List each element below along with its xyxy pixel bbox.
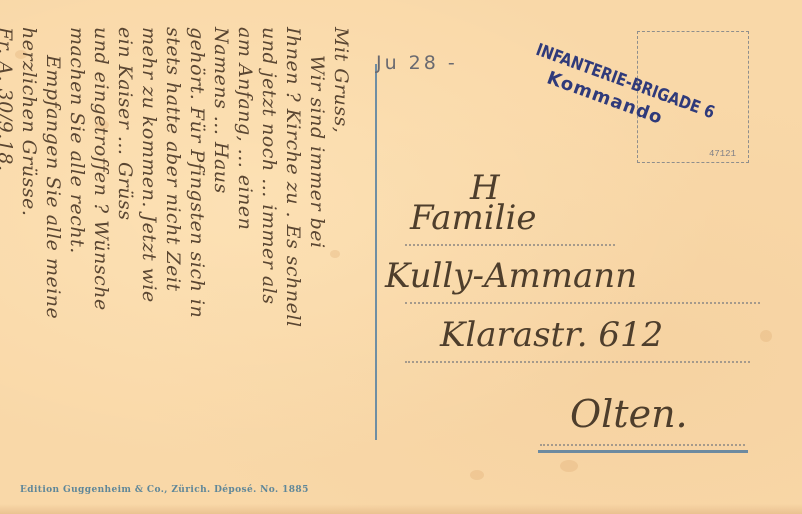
message-line: Wir sind immer bei: [305, 27, 329, 467]
address-dotted-line: [405, 361, 750, 363]
message-line: Empfangen Sie alle meine: [41, 27, 65, 467]
message-body: Mit Gruss, Wir sind immer bei Ihnen ? Ki…: [23, 27, 353, 467]
address-line1: Familie: [410, 198, 537, 238]
message-line: mehr zu kommen. Jetzt wie: [137, 27, 161, 467]
message-line: und jetzt noch ... immer als: [257, 27, 281, 467]
address-underline: [538, 450, 748, 453]
message-line: ein Kaiser ... Grüss: [113, 27, 137, 467]
postcard: Mit Gruss, Wir sind immer bei Ihnen ? Ki…: [0, 0, 802, 514]
address-line2: Kully-Ammann: [385, 256, 637, 296]
publisher-imprint: Edition Guggenheim & Co., Zürich. Déposé…: [20, 485, 309, 495]
address-dotted-line: [405, 244, 615, 246]
paper-stain: [470, 470, 484, 480]
paper-stain: [760, 330, 772, 342]
message-line: Mit Gruss,: [329, 27, 353, 467]
message-line: herzlichen Grüsse.: [17, 27, 41, 467]
address-line3: Klarastr. 612: [440, 315, 663, 355]
address-line4: Olten.: [570, 392, 688, 436]
center-divider-line: [375, 64, 377, 440]
address-dotted-line: [540, 444, 745, 446]
message-date: Fr. A. 30/9.18.: [0, 27, 17, 467]
message-line: machen Sie alle recht.: [65, 27, 89, 467]
paper-stain: [560, 460, 578, 472]
card-edge: [0, 504, 802, 514]
message-line: stets hatte aber nicht Zeit: [161, 27, 185, 467]
message-line: Ihnen ? Kirche zu . Es schnell: [281, 27, 305, 467]
handwritten-message: Mit Gruss, Wir sind immer bei Ihnen ? Ki…: [8, 22, 368, 472]
message-line: am Anfang, ... einen: [233, 27, 257, 467]
address-dotted-line: [405, 302, 760, 304]
message-line: und eingetroffen ? Wünsche: [89, 27, 113, 467]
message-line: Namens ... Haus: [209, 27, 233, 467]
pencil-reference-note: Ju 28 -: [376, 52, 458, 74]
message-line: gehört. Für Pfingsten sich in: [185, 27, 209, 467]
